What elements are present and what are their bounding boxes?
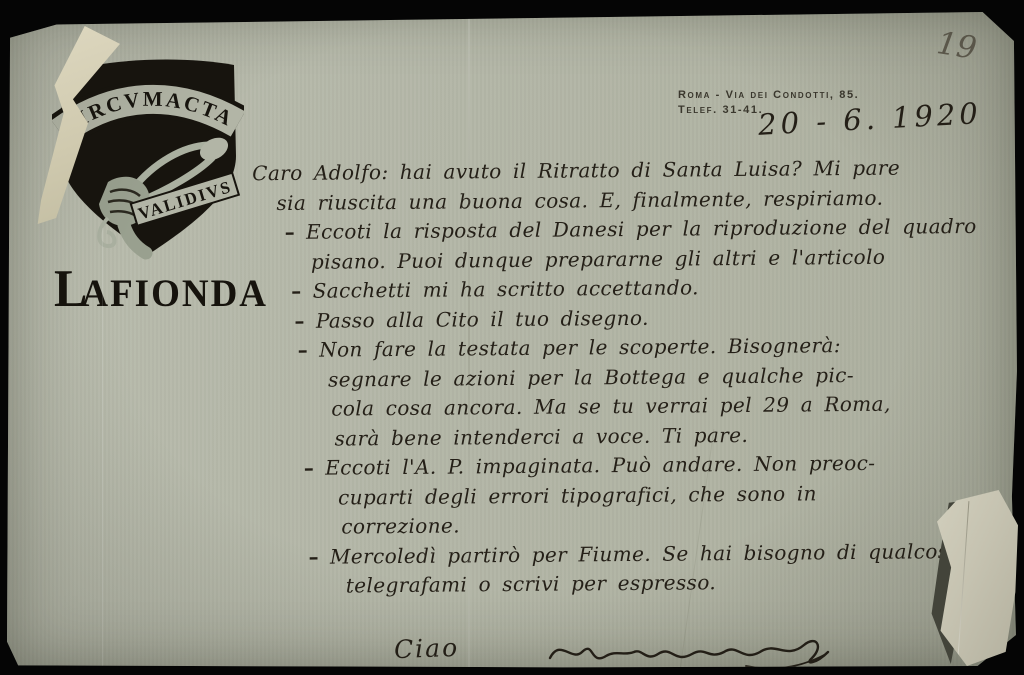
list-dash: – <box>298 336 309 366</box>
list-dash: – <box>304 454 315 484</box>
letter-line: telegrafami o scrivi per espresso. <box>346 566 1020 601</box>
list-dash: – <box>285 218 296 248</box>
signature-scrawl-icon <box>546 620 836 672</box>
address-line-1: Roma - Via dei Condotti, 85. <box>678 88 859 103</box>
letter-paper: CIRCVMACTA VALIDIVS LAFIONDA Roma - Via <box>6 8 1018 668</box>
list-dash: – <box>294 306 305 336</box>
archival-page-number: 19 <box>934 25 979 67</box>
list-dash: – <box>291 277 302 307</box>
fold-line <box>958 501 970 656</box>
letter-line: –Mercoledì partirò per Fiume. Se hai bis… <box>308 536 1019 572</box>
list-dash: – <box>308 542 319 572</box>
closing-farewell: Ciao <box>394 633 460 664</box>
letter-body: Caro Adolfo: hai avuto il Ritratto di Sa… <box>4 153 1020 604</box>
letter-scan-page: { "page": { "archival_number": "19" }, "… <box>0 0 1024 675</box>
signature <box>546 620 836 675</box>
